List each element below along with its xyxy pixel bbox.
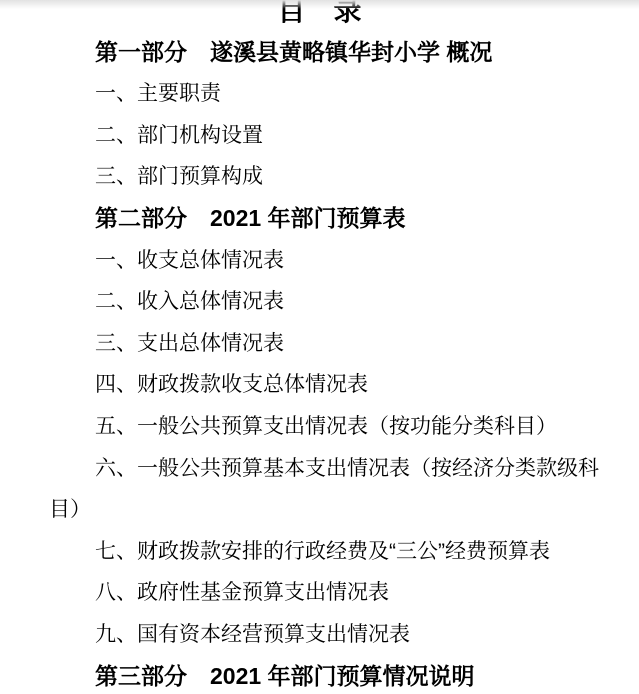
- toc-item: 三、部门预算构成: [49, 156, 611, 198]
- toc-item: 六、一般公共预算基本支出情况表（按经济分类款级科目）: [49, 448, 611, 531]
- toc-item: 二、收入总体情况表: [49, 281, 611, 323]
- page-title: 目 录: [0, 0, 639, 32]
- toc-item: 三、支出总体情况表: [49, 323, 611, 365]
- toc-heading: 第二部分 2021 年部门预算表: [49, 198, 611, 240]
- toc-heading: 第一部分 遂溪县黄略镇华封小学 概况: [49, 32, 611, 74]
- toc-item: 九、国有资本经营预算支出情况表: [49, 614, 611, 656]
- toc-item: 八、政府性基金预算支出情况表: [49, 572, 611, 614]
- toc-heading: 第三部分 2021 年部门预算情况说明: [49, 656, 611, 694]
- toc-item: 一、收支总体情况表: [49, 240, 611, 282]
- table-of-contents: 目 录 第一部分 遂溪县黄略镇华封小学 概况一、主要职责二、部门机构设置三、部门…: [0, 0, 639, 694]
- toc-item: 四、财政拨款收支总体情况表: [49, 364, 611, 406]
- toc-item: 二、部门机构设置: [49, 115, 611, 157]
- toc-list: 第一部分 遂溪县黄略镇华封小学 概况一、主要职责二、部门机构设置三、部门预算构成…: [0, 32, 639, 694]
- toc-item: 一、主要职责: [49, 73, 611, 115]
- document-page: 目 录 第一部分 遂溪县黄略镇华封小学 概况一、主要职责二、部门机构设置三、部门…: [0, 0, 639, 694]
- toc-item: 七、财政拨款安排的行政经费及“三公”经费预算表: [49, 531, 611, 573]
- toc-item: 五、一般公共预算支出情况表（按功能分类科目）: [49, 406, 611, 448]
